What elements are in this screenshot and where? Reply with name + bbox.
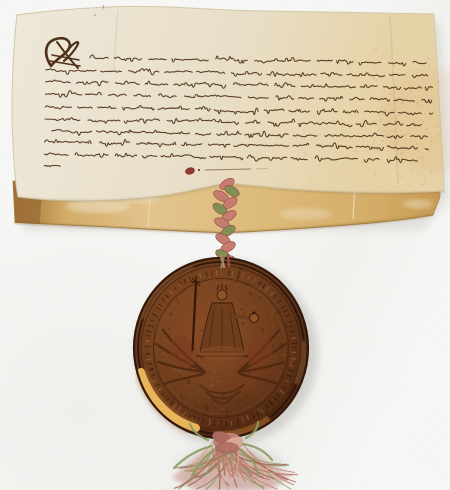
speckle <box>215 407 216 408</box>
speckle <box>221 407 224 410</box>
speckle <box>222 427 224 429</box>
speckle <box>142 360 144 362</box>
speckle <box>383 130 385 132</box>
speckle <box>392 130 394 132</box>
speckle <box>243 319 244 320</box>
speckle <box>441 115 443 117</box>
speckle <box>377 168 378 169</box>
speckle <box>424 176 425 177</box>
speckle <box>390 89 392 91</box>
speckle <box>429 144 431 146</box>
speckle <box>340 118 343 121</box>
speckle <box>389 118 391 120</box>
speckle <box>340 138 343 141</box>
speckle <box>394 66 396 68</box>
speckle <box>305 168 306 169</box>
speckle <box>320 133 322 135</box>
speckle <box>417 172 420 175</box>
speckle <box>416 103 418 105</box>
speckle <box>202 376 203 377</box>
speckle <box>437 181 439 183</box>
speckle <box>367 168 370 171</box>
speckle <box>169 313 173 317</box>
speckle <box>355 160 357 162</box>
speckle <box>381 57 383 59</box>
speckle <box>436 125 439 128</box>
speckle <box>241 322 244 325</box>
speckle <box>427 150 430 153</box>
speckle <box>318 133 320 135</box>
speckle <box>272 325 274 327</box>
speckle <box>416 116 417 117</box>
speckle <box>309 186 311 188</box>
speckle <box>377 129 380 132</box>
speckle <box>243 404 244 405</box>
speckle <box>418 126 421 129</box>
speckle <box>204 405 207 408</box>
speckle <box>409 67 411 69</box>
ruler-arm <box>232 316 249 318</box>
speckle <box>161 352 164 355</box>
speckle <box>418 134 420 136</box>
speckle <box>304 154 307 157</box>
speckle <box>412 68 413 69</box>
speckle <box>166 289 167 290</box>
speckle <box>377 113 380 116</box>
speckle <box>177 403 179 405</box>
speckle <box>361 122 363 124</box>
speckle <box>390 93 392 95</box>
speckle <box>222 369 223 370</box>
speckle <box>401 151 404 154</box>
speckle <box>303 184 305 186</box>
speckle <box>385 135 387 137</box>
speckle <box>239 425 241 427</box>
speckle <box>407 76 409 78</box>
speckle <box>279 343 282 346</box>
wax-seal <box>134 255 308 438</box>
speckle <box>430 136 433 139</box>
speckle <box>430 140 433 143</box>
speckle <box>146 341 148 343</box>
speckle <box>198 423 199 424</box>
speckle <box>431 123 432 124</box>
speckle <box>428 64 431 67</box>
speckle <box>377 186 380 189</box>
speckle <box>205 408 208 411</box>
speckle <box>373 77 376 80</box>
speckle <box>387 105 388 106</box>
speckle <box>261 328 264 331</box>
speckle <box>393 142 394 143</box>
speckle <box>217 422 220 425</box>
speckle <box>384 109 386 111</box>
speckle <box>211 376 214 379</box>
speckle <box>440 66 442 68</box>
speckle <box>419 156 421 158</box>
inscription-letter-tick <box>146 341 151 342</box>
speckle <box>438 134 441 137</box>
speckle <box>373 138 376 141</box>
speckle <box>386 183 388 185</box>
speckle <box>415 175 416 176</box>
speckle <box>391 188 392 189</box>
speckle <box>404 162 406 164</box>
speckle <box>180 395 183 398</box>
speckle <box>198 294 199 295</box>
speckle <box>436 114 438 116</box>
speckle <box>401 101 404 104</box>
speckle <box>430 125 432 127</box>
speckle <box>145 356 146 357</box>
speckle <box>382 113 384 115</box>
speckle <box>418 104 419 105</box>
speckle <box>369 183 370 184</box>
speckle <box>421 167 422 168</box>
speckle <box>379 144 380 145</box>
speckle <box>290 360 293 363</box>
speckle <box>371 126 372 127</box>
speckle <box>419 104 421 106</box>
speckle <box>211 288 213 290</box>
inscription-letter-tick <box>229 270 230 275</box>
speckle <box>168 356 169 357</box>
speckle <box>211 409 213 411</box>
speckle <box>372 69 374 71</box>
speckle <box>375 48 378 51</box>
knot-wrap <box>215 442 239 454</box>
speckle <box>411 169 413 171</box>
speckle <box>217 380 220 383</box>
speckle <box>222 360 224 362</box>
charter-scene <box>0 0 450 490</box>
speckle <box>304 138 307 141</box>
speckle <box>424 178 426 180</box>
speckle <box>226 426 227 427</box>
speckle <box>238 312 240 314</box>
speckle <box>387 121 389 123</box>
speckle <box>377 149 379 151</box>
speckle <box>420 181 421 182</box>
speckle <box>404 134 407 137</box>
speckle <box>204 287 205 288</box>
speckle <box>200 407 201 408</box>
speckle <box>440 51 441 52</box>
speckle <box>185 279 187 281</box>
parchment-sheet <box>12 6 444 200</box>
speckle <box>415 126 416 127</box>
speckle <box>362 140 364 142</box>
speckle <box>348 170 350 172</box>
speckle <box>437 80 440 83</box>
speckle <box>401 98 402 99</box>
speckle <box>207 385 209 387</box>
plica-scuff <box>279 208 331 220</box>
speckle <box>417 102 419 104</box>
speckle <box>256 303 257 304</box>
speckle <box>235 282 236 283</box>
speckle <box>151 334 153 336</box>
speckle <box>427 104 429 106</box>
speckle <box>177 374 180 377</box>
inscription-letter-tick <box>291 358 297 359</box>
speckle <box>257 409 260 412</box>
speckle <box>162 356 163 357</box>
speckle <box>425 154 426 155</box>
speckle <box>341 126 344 129</box>
speckle <box>308 176 311 179</box>
speckle <box>433 148 434 149</box>
speckle <box>397 115 399 117</box>
inscription-letter-tick <box>291 338 296 339</box>
speckle <box>280 307 282 309</box>
speckle <box>407 132 409 134</box>
ink-speck <box>94 14 96 16</box>
speckle <box>435 137 437 139</box>
speckle <box>242 313 245 316</box>
speckle <box>371 121 373 123</box>
speckle <box>190 389 192 391</box>
speckle <box>189 393 191 395</box>
speckle <box>259 297 261 299</box>
speckle <box>424 114 425 115</box>
speckle <box>427 57 430 60</box>
speckle <box>267 410 269 412</box>
speckle <box>289 347 291 349</box>
speckle <box>269 326 271 328</box>
speckle <box>425 67 426 68</box>
speckle <box>304 163 305 164</box>
speckle <box>355 150 358 153</box>
speckle <box>422 121 424 123</box>
speckle <box>423 163 427 167</box>
speckle <box>318 164 320 166</box>
speckle <box>212 406 215 409</box>
speckle <box>177 279 180 282</box>
speckle <box>158 305 160 307</box>
speckle <box>381 140 384 143</box>
speckle <box>199 389 201 391</box>
speckle <box>383 53 385 55</box>
speckle <box>250 415 251 416</box>
speckle <box>150 355 152 357</box>
speckle <box>384 91 385 92</box>
inscription-letter-tick <box>209 419 210 425</box>
speckle <box>333 168 335 170</box>
speckle <box>187 279 189 281</box>
speckle <box>332 120 334 122</box>
speckle <box>303 151 306 154</box>
red-wax-speck <box>198 169 200 171</box>
speckle <box>282 369 283 370</box>
speckle <box>182 398 183 399</box>
speckle <box>166 326 167 327</box>
speckle <box>379 119 382 122</box>
speckle <box>425 128 427 130</box>
speckle <box>430 171 433 174</box>
speckle <box>393 186 395 188</box>
speckle <box>396 97 398 99</box>
seal-orb <box>250 314 259 323</box>
speckle <box>421 76 423 78</box>
speckle <box>421 61 422 62</box>
speckle <box>389 93 391 95</box>
speckle <box>271 313 274 316</box>
speckle <box>400 175 402 177</box>
speckle <box>422 161 425 164</box>
speckle <box>178 369 181 372</box>
speckle <box>263 332 265 334</box>
speckle <box>239 399 242 402</box>
speckle <box>353 150 356 153</box>
speckle <box>240 308 243 311</box>
speckle <box>162 359 164 361</box>
speckle <box>195 407 197 409</box>
speckle <box>426 103 427 104</box>
speckle <box>254 307 255 308</box>
speckle <box>265 408 266 409</box>
speckle <box>179 282 182 285</box>
speckle <box>408 185 410 187</box>
speckle <box>142 337 143 338</box>
speckle <box>372 143 375 146</box>
speckle <box>373 173 376 176</box>
speckle <box>213 370 216 373</box>
speckle <box>310 173 312 175</box>
ruler-head <box>217 290 227 300</box>
inscription-letter-tick <box>147 336 151 337</box>
speckle <box>271 333 272 334</box>
speckle <box>289 335 291 337</box>
speckle <box>410 91 412 93</box>
speckle <box>415 142 417 144</box>
speckle <box>423 180 425 182</box>
speckle <box>251 292 253 294</box>
speckle <box>367 165 368 166</box>
speckle <box>177 302 179 304</box>
speckle <box>211 384 214 387</box>
ruler-lap <box>198 346 246 360</box>
speckle <box>411 163 412 164</box>
speckle <box>270 329 271 330</box>
speckle <box>379 101 381 103</box>
speckle <box>399 68 401 70</box>
speckle <box>411 106 412 107</box>
inscription-letter-tick <box>214 420 215 427</box>
speckle <box>379 179 381 181</box>
speckle <box>387 133 389 135</box>
speckle <box>430 75 431 76</box>
inscription-letter-tick <box>231 421 232 426</box>
speckle <box>187 380 190 383</box>
speckle <box>236 401 239 404</box>
speckle <box>251 306 253 308</box>
speckle <box>376 160 377 161</box>
speckle <box>363 175 366 178</box>
speckle <box>297 334 298 335</box>
speckle <box>421 156 424 159</box>
speckle <box>360 161 364 165</box>
speckle <box>204 397 206 399</box>
plica-scuff <box>403 199 433 209</box>
speckle <box>171 371 172 372</box>
speckle <box>375 79 377 81</box>
speckle <box>413 169 414 170</box>
charter-photograph <box>0 0 450 490</box>
speckle <box>211 402 213 404</box>
speckle <box>206 381 208 383</box>
speckle <box>281 384 282 385</box>
parchment <box>12 5 450 201</box>
speckle <box>434 171 436 173</box>
speckle <box>168 327 171 330</box>
speckle <box>208 403 209 404</box>
speckle <box>422 184 424 186</box>
